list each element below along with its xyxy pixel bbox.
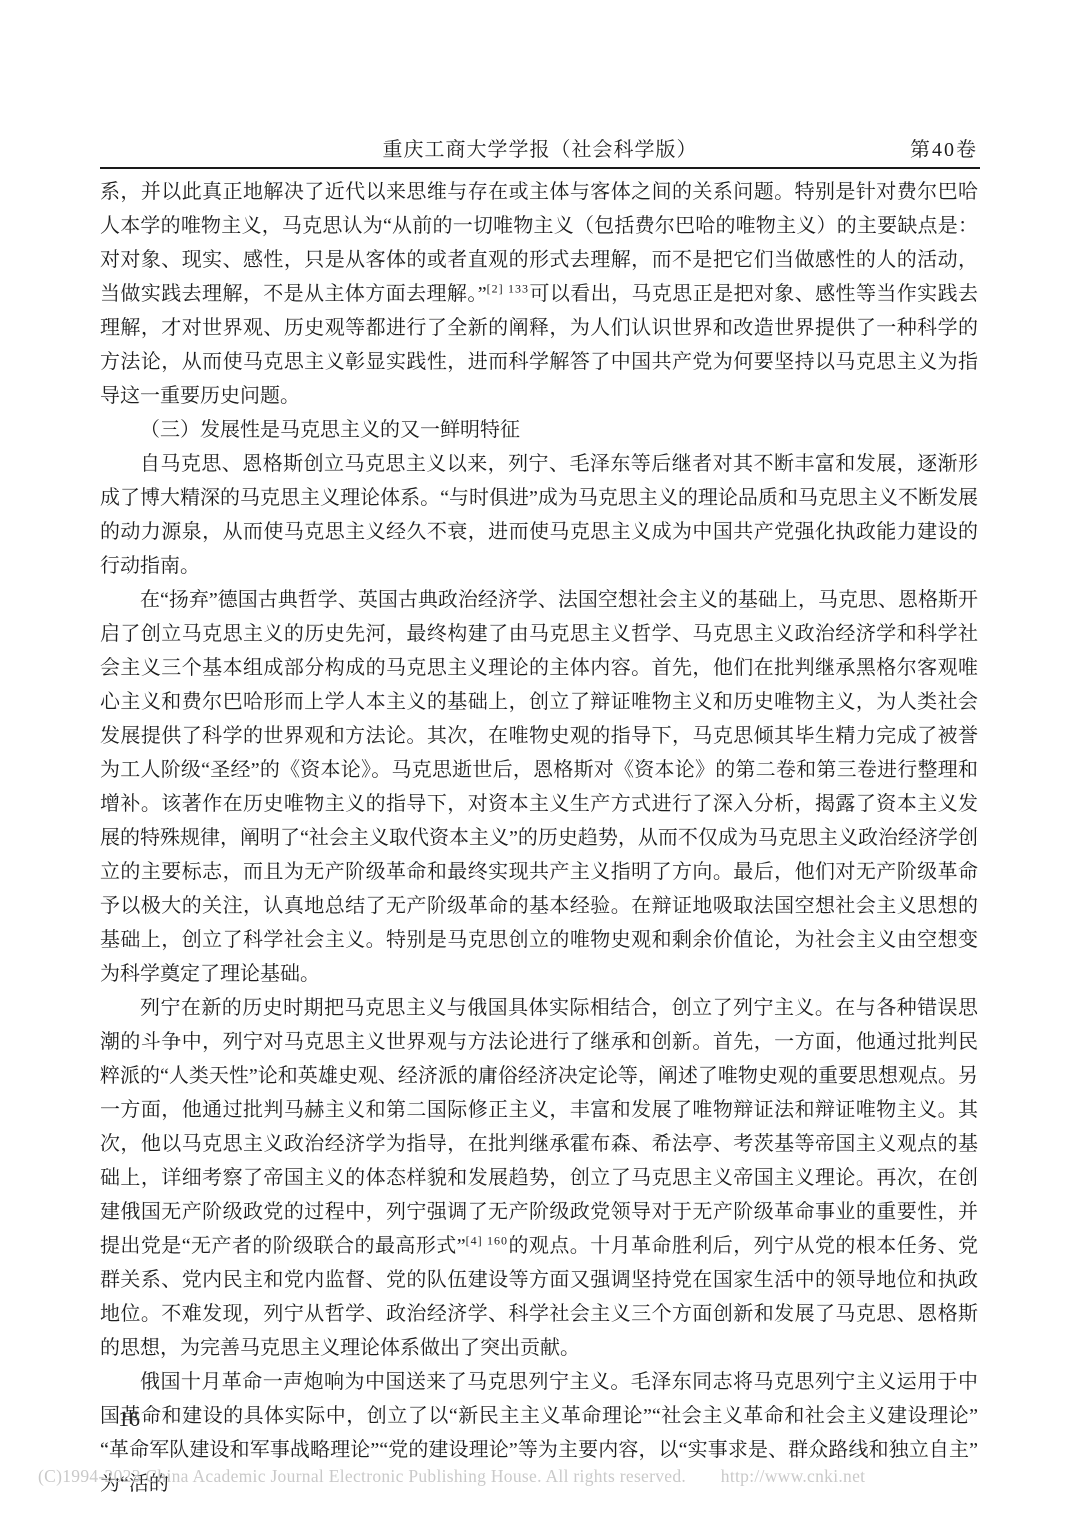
paragraph: 自马克思、恩格斯创立马克思主义以来，列宁、毛泽东等后继者对其不断丰富和发展，逐渐…: [100, 447, 978, 583]
page-header: 重庆工商大学学报（社会科学版） 第40卷: [100, 133, 980, 165]
article-body: 系，并以此真正地解决了近代以来思维与存在或主体与客体之间的关系问题。特别是针对费…: [100, 175, 978, 1501]
journal-title: 重庆工商大学学报（社会科学版）: [100, 133, 980, 162]
page-number: 16: [118, 1406, 140, 1432]
paragraph: 系，并以此真正地解决了近代以来思维与存在或主体与客体之间的关系问题。特别是针对费…: [100, 175, 978, 413]
copyright-text: (C)1994-2023 China Academic Journal Elec…: [38, 1466, 686, 1486]
journal-page: { "header": { "journal_title": "重庆工商大学学报…: [0, 0, 1080, 1528]
citation-superscript: [4] 160: [466, 1233, 508, 1247]
header-rule: [100, 167, 980, 169]
citation-superscript: [2] 133: [487, 281, 529, 295]
paragraph: 在“扬弃”德国古典哲学、英国古典政治经济学、法国空想社会主义的基础上，马克思、恩…: [100, 583, 978, 991]
volume-label: 第40卷: [910, 133, 978, 162]
cnki-url: http://www.cnki.net: [721, 1466, 866, 1486]
copyright-watermark: (C)1994-2023 China Academic Journal Elec…: [38, 1466, 865, 1487]
section-heading: （三）发展性是马克思主义的又一鲜明特征: [100, 413, 978, 447]
paragraph: 列宁在新的历史时期把马克思主义与俄国具体实际相结合，创立了列宁主义。在与各种错误…: [100, 991, 978, 1365]
